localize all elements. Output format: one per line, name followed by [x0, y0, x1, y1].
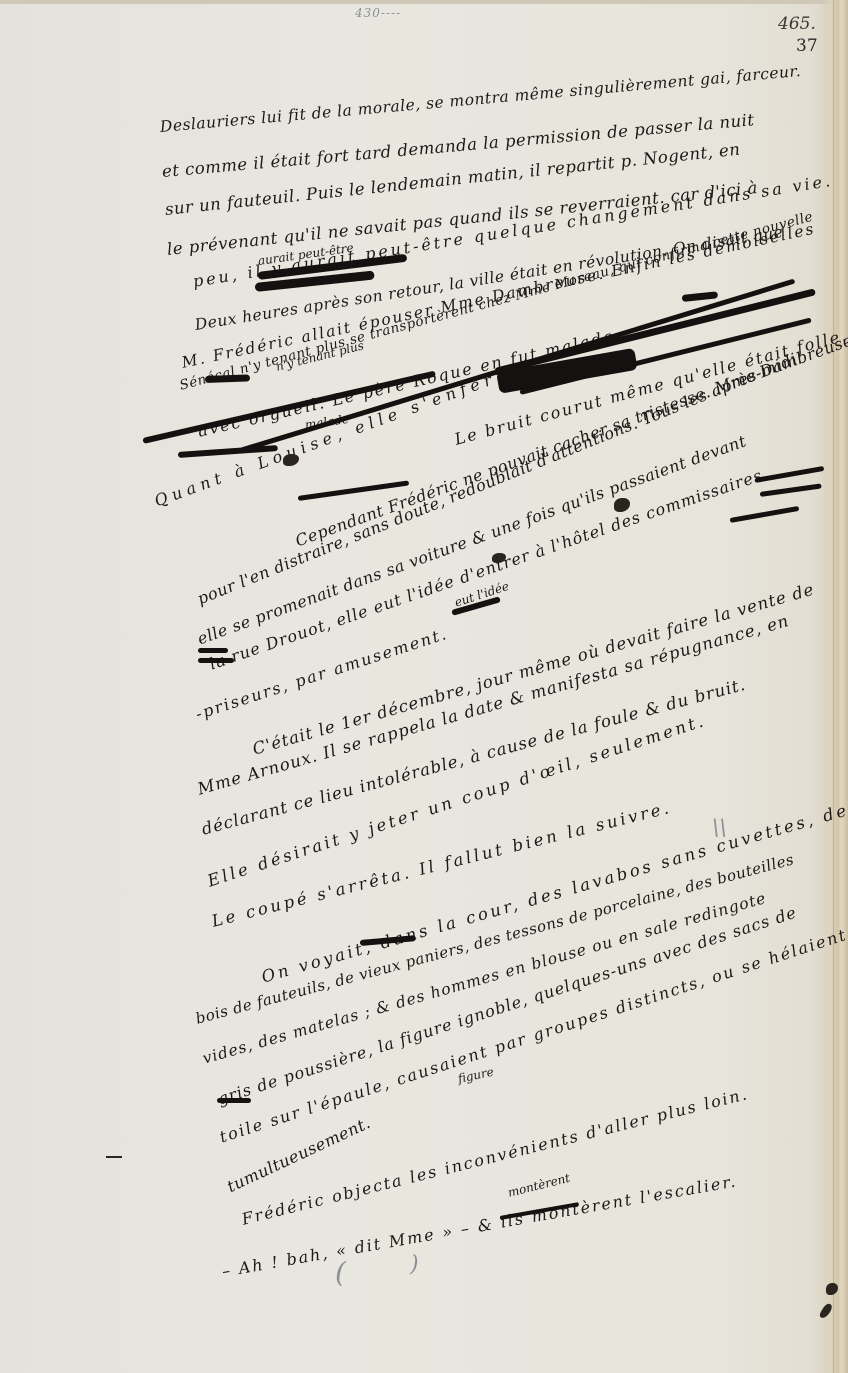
strikethrough-mark [198, 648, 228, 653]
ink-blot [283, 454, 299, 466]
pencil-bracket-mark: ) [410, 1252, 419, 1277]
binding-line [833, 0, 834, 1373]
manuscript-page: 430---- 465. 37 Deslauriers lui fit de l… [0, 0, 848, 1373]
binding-gutter [822, 0, 848, 1373]
pencil-bracket-mark: ( [335, 1256, 346, 1289]
strikethrough-mark [730, 506, 800, 523]
strikethrough-mark [755, 466, 825, 483]
ink-folio-number: 465. [778, 14, 816, 34]
strikethrough-mark [760, 483, 822, 497]
manuscript-line: – Ah ! bah, « dit Mme » – & ils montèren… [220, 1171, 738, 1280]
pencil-check-mark: \\ [712, 816, 727, 841]
pencil-folio-number: 430---- [355, 6, 401, 20]
page-top-edge [0, 0, 848, 4]
strikethrough-mark [682, 291, 719, 302]
printed-page-number: 37 [796, 36, 818, 56]
margin-dash-mark [106, 1156, 122, 1158]
strikethrough-mark [217, 1098, 251, 1103]
strikethrough-mark [205, 374, 250, 383]
interlinear-insertion: montèrent [506, 1171, 571, 1200]
strikethrough-mark [198, 658, 234, 663]
